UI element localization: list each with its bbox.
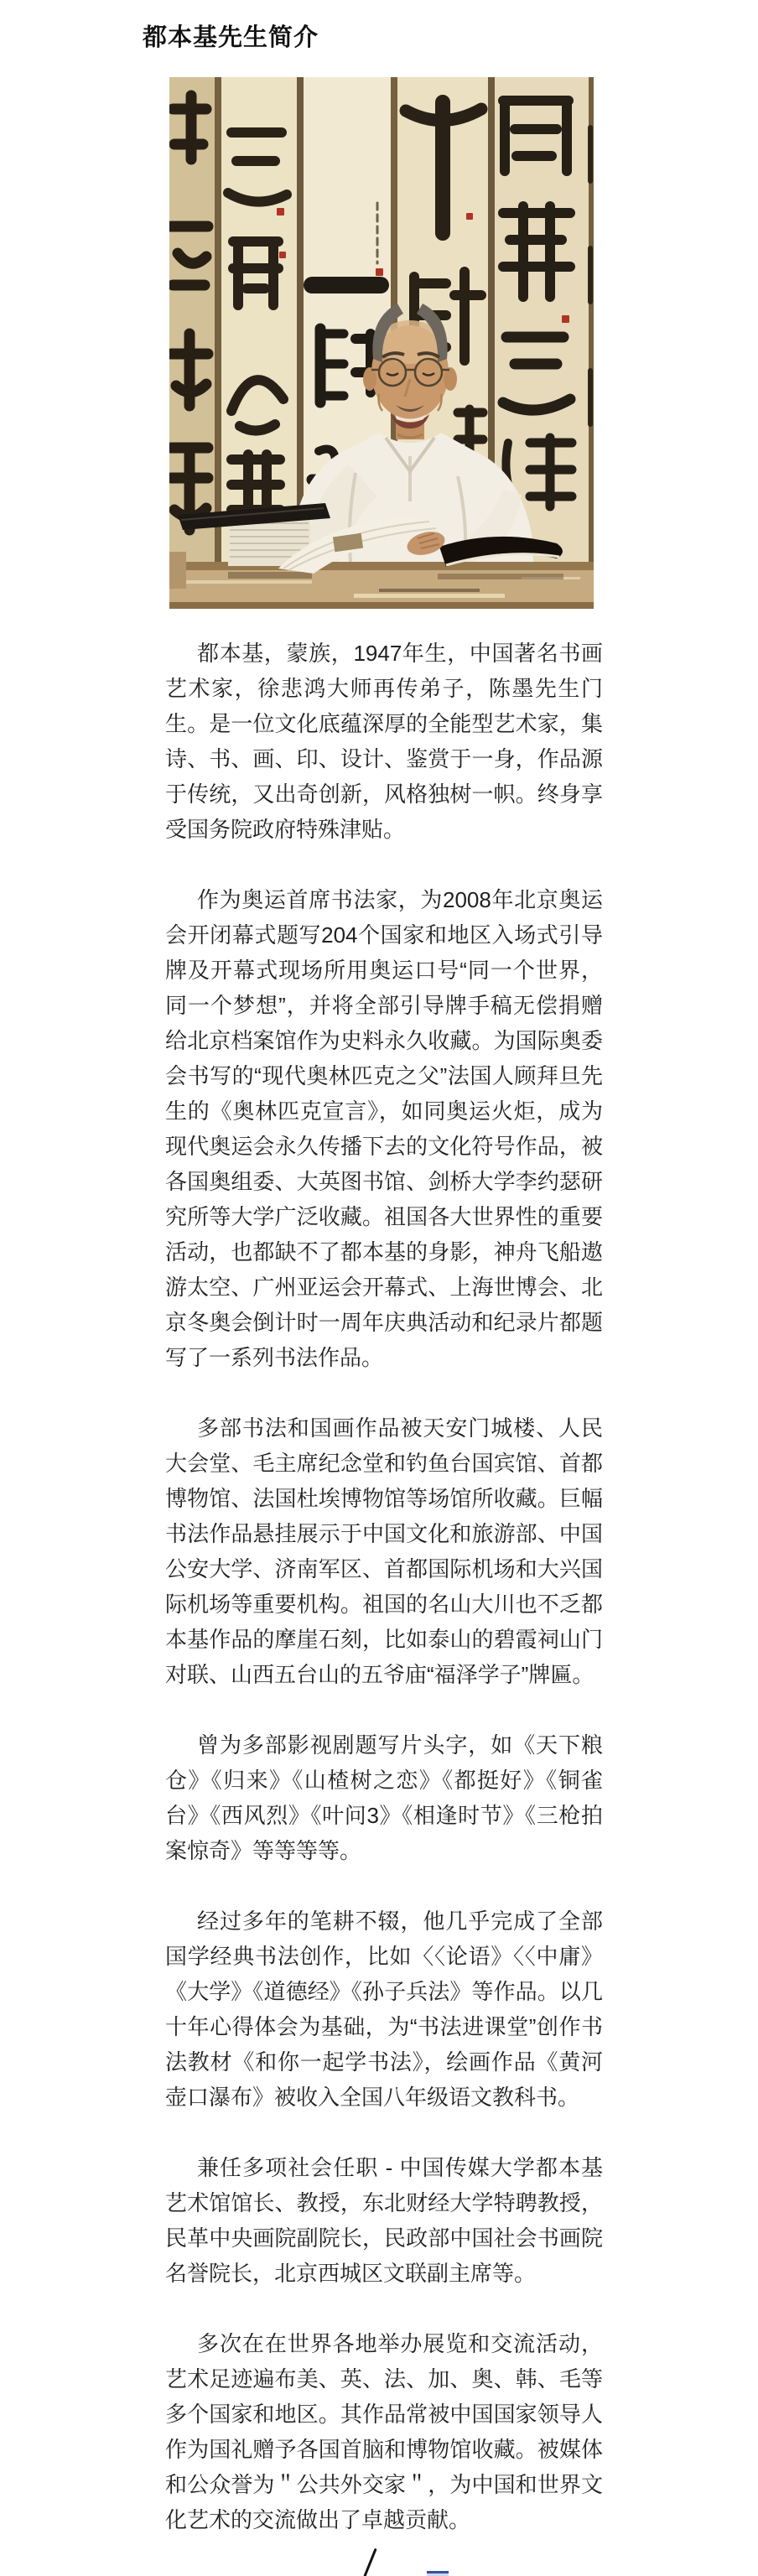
- paragraph-olympics: 作为奥运首席书法家，为2008年北京奥运会开闭幕式题写204个国家和地区入场式引…: [165, 882, 603, 1375]
- article-body: 都本基，蒙族，1947年生，中国著名书画艺术家，徐悲鸿大师再传弟子，陈墨先生门生…: [165, 636, 603, 2573]
- portrait-photo: [169, 77, 594, 609]
- paragraph-classics: 经过多年的笔耕不辍，他几乎完成了全部国学经典书法创作，比如〈〈论语》〈〈中庸》《…: [165, 1903, 603, 2115]
- paragraph-exhibitions: 多次在在世界各地举办展览和交流活动，艺术足迹遍布美、英、法、加、奥、韩、毛等多个…: [165, 2326, 603, 2537]
- page-title: 都本基先生简介: [143, 18, 319, 53]
- portrait-photo-drawing: [169, 77, 594, 609]
- paragraph-intro: 都本基，蒙族，1947年生，中国著名书画艺术家，徐悲鸿大师再传弟子，陈墨先生门生…: [165, 636, 603, 847]
- cropped-blue-element: [427, 2571, 449, 2576]
- paragraph-positions: 兼任多项社会任职 - 中国传媒大学都本基艺术馆馆长、教授，东北财经大学特聘教授，…: [165, 2150, 603, 2291]
- paragraph-collections: 多部书法和国画作品被天安门城楼、人民大会堂、毛主席纪念堂和钓鱼台国宾馆、首都博物…: [165, 1410, 603, 1692]
- paragraph-film-titles: 曾为多部影视剧题写片头字，如《天下粮仓》《归来》《山楂树之恋》《都挺好》《铜雀台…: [165, 1727, 603, 1868]
- article-page: 都本基先生简介: [0, 0, 758, 2576]
